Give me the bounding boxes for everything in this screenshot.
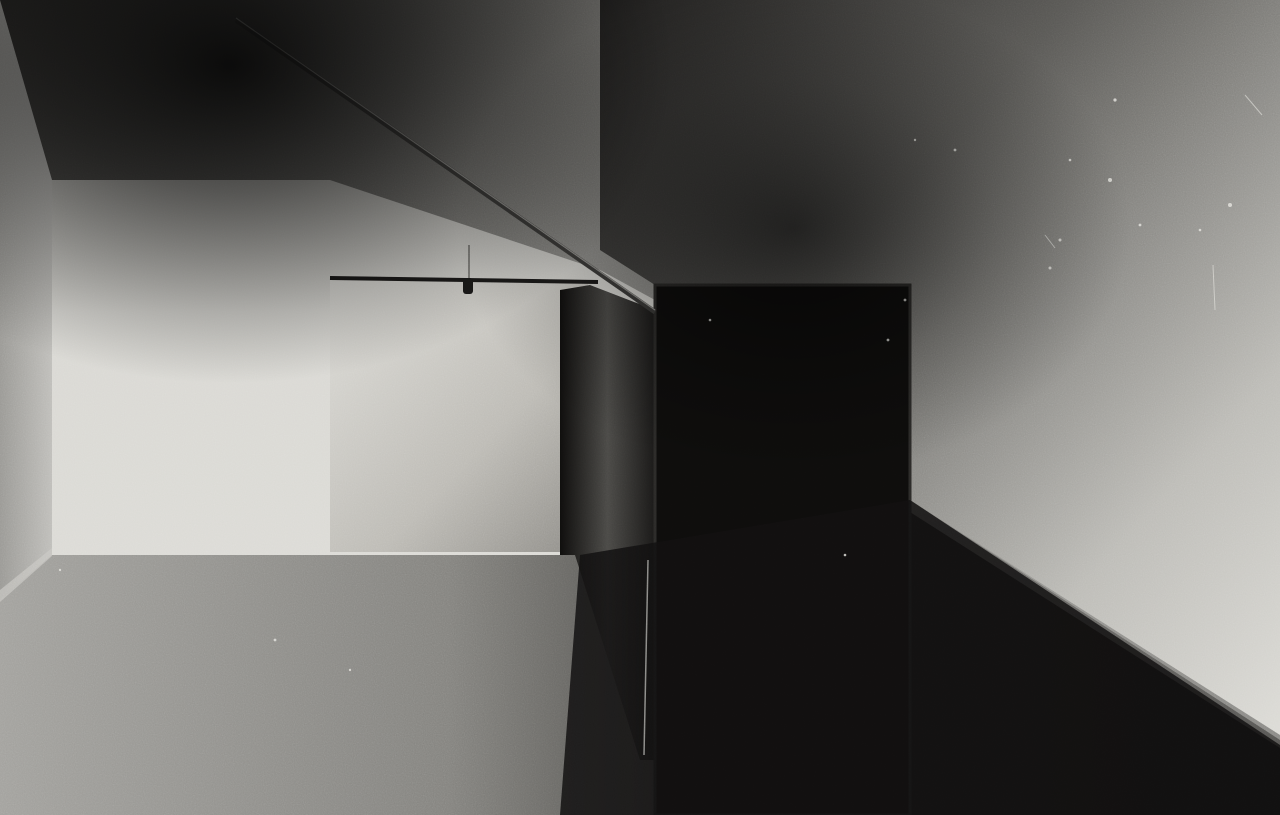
film-grain xyxy=(0,0,1280,815)
room-photograph xyxy=(0,0,1280,815)
room-scene xyxy=(0,0,1280,815)
